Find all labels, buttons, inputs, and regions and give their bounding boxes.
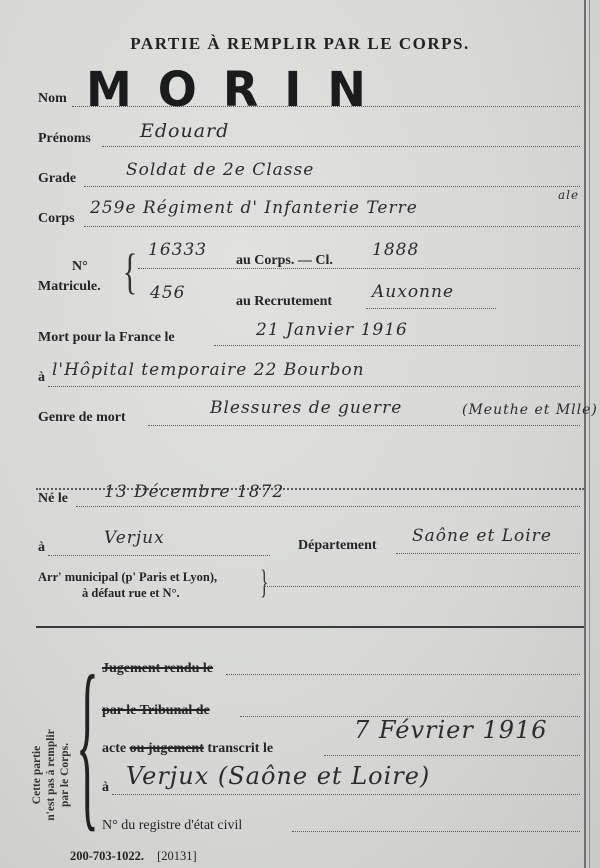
transcrit-lieu-label: à [102, 780, 109, 796]
section-rule [36, 626, 584, 628]
recrutement-value: Auxonne [372, 282, 454, 302]
registre-label: N° du registre d'état civil [102, 818, 242, 834]
tribunal-label: par le Tribunal de [102, 703, 210, 719]
ne-lieu-line [48, 555, 270, 556]
form-title: PARTIE À REMPLIR PAR LE CORPS. [0, 34, 600, 54]
nom-value: MORIN [86, 61, 392, 118]
registre-line [292, 831, 580, 832]
mort-date-value: 21 Janvier 1916 [256, 320, 408, 340]
prenoms-value: Edouard [140, 120, 229, 142]
jugement-line [226, 674, 580, 675]
acte-struck: ou jugement [130, 741, 204, 756]
mort-date-label: Mort pour la France le [38, 330, 175, 346]
jugement-rendu-label: Jugement rendu le [102, 661, 213, 677]
departement-label: Département [298, 538, 377, 554]
ne-le-label: Né le [38, 491, 68, 507]
arr-municipal-line [264, 586, 580, 587]
acte-line [324, 755, 580, 756]
classe-value: 1888 [372, 240, 419, 260]
mort-lieu-line [48, 386, 580, 387]
transcrit-lieu-value: Verjux (Saône et Loire) [126, 762, 430, 790]
arr-municipal-label: Arr' municipal (p' Paris et Lyon), [38, 570, 217, 585]
footer-ref: [20131] [157, 849, 197, 863]
ne-le-value: 13 Décembre 1872 [104, 482, 284, 502]
genre-mort-line [148, 425, 580, 426]
recrutement-label: au Recrutement [236, 294, 332, 310]
corps-number-label: au Corps. — Cl. [236, 253, 333, 269]
acte-transcrit-label: acte ou jugement transcrit le [102, 741, 273, 757]
page-border-inner [589, 0, 590, 868]
ne-lieu-label: à [38, 540, 45, 556]
prenoms-label: Prénoms [38, 131, 91, 147]
acte-transcrit-value: 7 Février 1916 [354, 716, 548, 744]
mort-lieu-value: l'Hôpital temporaire 22 Bourbon [52, 360, 365, 380]
genre-mort-value: Blessures de guerre [210, 398, 402, 418]
mort-lieu-label: à [38, 370, 45, 386]
footer-code: 200-703-1022. [70, 849, 144, 863]
side-note-line-3: par le Corps. [58, 700, 72, 850]
corps-label: Corps [38, 211, 75, 227]
corps-number-value: 16333 [148, 240, 207, 260]
matricule-brace: { [123, 246, 137, 296]
matricule-corps-line [138, 268, 580, 269]
side-note-line-1: Cette partie [30, 700, 44, 850]
lower-brace: { [76, 648, 99, 838]
acte-prefix: acte [102, 741, 126, 756]
grade-value: Soldat de 2e Classe [126, 160, 314, 180]
arr-brace: } [260, 566, 268, 600]
side-note-line-2: n'est pas à remplir [44, 700, 58, 850]
departement-line [396, 553, 580, 554]
corps-superscript: ale [558, 188, 579, 202]
prenoms-line [102, 146, 580, 147]
ne-le-line [76, 506, 580, 507]
genre-mort-note: (Meuthe et Mlle) [462, 402, 598, 418]
nom-label: Nom [38, 91, 67, 107]
acte-suffix: transcrit le [207, 741, 273, 756]
matricule-label: Matricule. [38, 279, 101, 295]
page-border [584, 0, 586, 868]
corps-line [84, 226, 580, 227]
mort-date-line [214, 345, 580, 346]
transcrit-lieu-line [112, 794, 580, 795]
grade-label: Grade [38, 171, 76, 187]
matricule-no-label: N° [72, 259, 88, 275]
genre-mort-label: Genre de mort [38, 410, 126, 426]
footer: 200-703-1022. [20131] [70, 849, 197, 864]
grade-line [84, 186, 580, 187]
departement-value: Saône et Loire [412, 526, 552, 546]
recrutement-line [366, 308, 496, 309]
arr-municipal-label-2: à défaut rue et N°. [82, 586, 180, 601]
ne-lieu-value: Verjux [104, 528, 165, 548]
corps-value: 259e Régiment d' Infanterie Terre [90, 198, 418, 218]
recrutement-number-value: 456 [150, 283, 185, 303]
